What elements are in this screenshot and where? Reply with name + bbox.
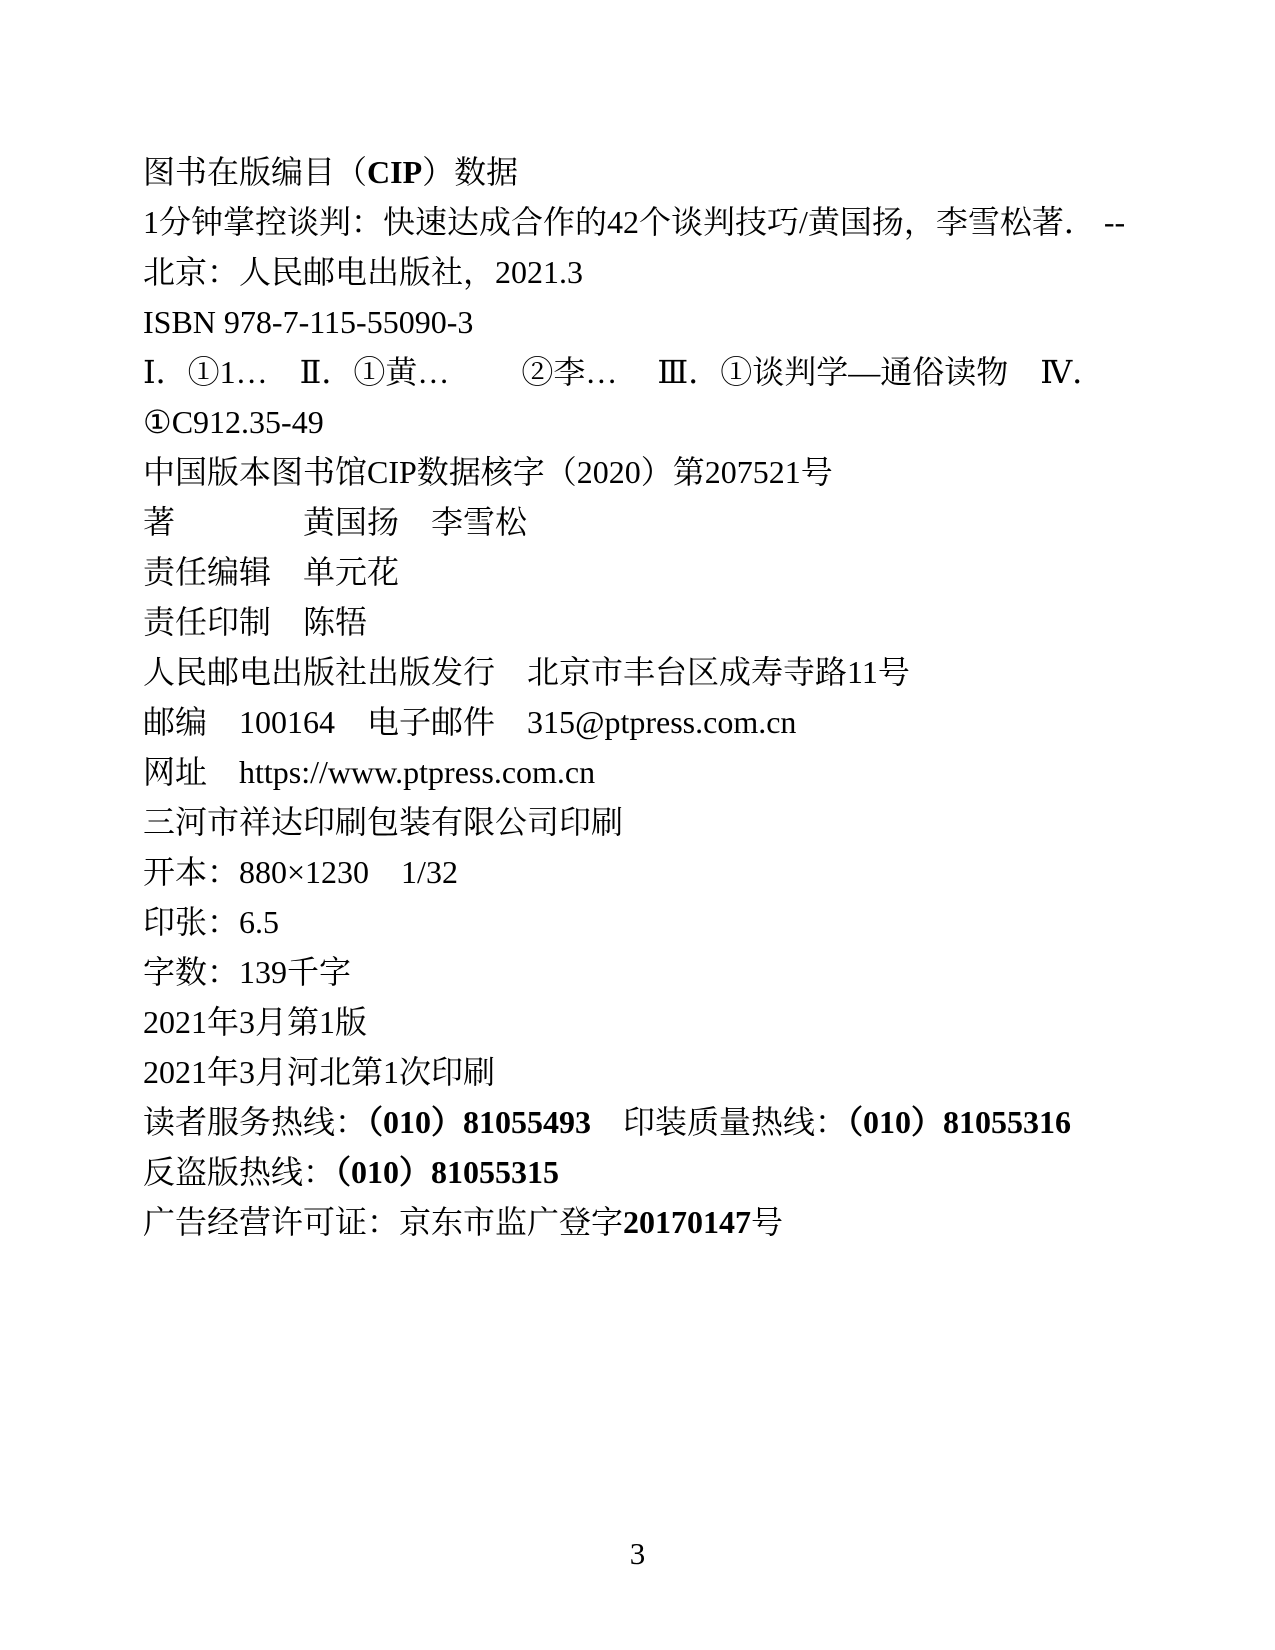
cip-line-20-bold-run: （010）81055493 [367,1104,591,1140]
cip-line-7: 中国版本图书馆CIP数据核字（2020）第207521号 [143,447,1138,497]
cip-line-22-run: 号 [751,1204,783,1240]
cip-line-4-run: ISBN 978-7-115-55090-3 [143,304,473,340]
cip-line-16-run: 印张：6.5 [143,904,279,940]
cip-line-12: 邮编 100164 电子邮件 315@ptpress.com.cn [143,697,1138,747]
cip-line-8-run: 著 黄国扬 李雪松 [143,504,527,540]
cip-line-22: 广告经营许可证：京东市监广登字20170147号 [143,1197,1138,1247]
cip-line-1: 图书在版编目（CIP）数据 [143,147,1138,197]
cip-line-12-run: 邮编 100164 电子邮件 315@ptpress.com.cn [143,704,796,740]
document-page: 图书在版编目（CIP）数据1分钟掌控谈判：快速达成合作的42个谈判技巧/黄国扬，… [0,0,1275,1650]
cip-line-6: ①C912.35-49 [143,397,1138,447]
cip-line-22-run: 广告经营许可证：京东市监广登字 [143,1204,623,1240]
cip-line-17-run: 字数：139千字 [143,954,351,990]
cip-line-1-run: ）数据 [422,154,518,190]
cip-line-19: 2021年3月河北第1次印刷 [143,1047,1138,1097]
cip-line-20-bold-run: （010）81055316 [847,1104,1071,1140]
cip-line-18-run: 2021年3月第1版 [143,1004,367,1040]
cip-line-21-run: 反盗版热线： [143,1154,335,1190]
cip-line-15-run: 开本：880×1230 1/32 [143,854,458,890]
cip-line-22-bold-run: 20170147 [623,1204,751,1240]
cip-line-14-run: 三河市祥达印刷包装有限公司印刷 [143,804,623,840]
cip-line-21-bold-run: （010）81055315 [335,1154,559,1190]
cip-line-18: 2021年3月第1版 [143,997,1138,1047]
cip-line-5-run: Ⅰ．①1… Ⅱ．①黄… ②李… Ⅲ．①谈判学—通俗读物 Ⅳ． [143,354,1104,390]
page-number: 3 [0,1536,1275,1572]
cip-line-6-run: ①C912.35-49 [143,404,324,440]
cip-line-21: 反盗版热线：（010）81055315 [143,1147,1138,1197]
cip-line-16: 印张：6.5 [143,897,1138,947]
cip-line-4: ISBN 978-7-115-55090-3 [143,297,1138,347]
cip-line-9: 责任编辑 单元花 [143,547,1138,597]
cip-line-3-run: 北京：人民邮电出版社，2021.3 [143,254,583,290]
cip-line-9-run: 责任编辑 单元花 [143,554,399,590]
cip-line-20: 读者服务热线：（010）81055493 印装质量热线：（010）8105531… [143,1097,1138,1147]
cip-line-13: 网址 https://www.ptpress.com.cn [143,747,1138,797]
cip-line-1-run: 图书在版编目（ [143,154,367,190]
cip-line-2: 1分钟掌控谈判：快速达成合作的42个谈判技巧/黄国扬，李雪松著． -- [143,197,1138,247]
cip-line-5: Ⅰ．①1… Ⅱ．①黄… ②李… Ⅲ．①谈判学—通俗读物 Ⅳ． [143,347,1138,397]
cip-line-11-run: 人民邮电出版社出版发行 北京市丰台区成寿寺路11号 [143,654,910,690]
cip-line-8: 著 黄国扬 李雪松 [143,497,1138,547]
cip-line-13-run: 网址 https://www.ptpress.com.cn [143,754,595,790]
cip-line-20-run: 印装质量热线： [591,1104,847,1140]
cip-line-20-run: 读者服务热线： [143,1104,367,1140]
cip-line-15: 开本：880×1230 1/32 [143,847,1138,897]
cip-line-11: 人民邮电出版社出版发行 北京市丰台区成寿寺路11号 [143,647,1138,697]
cip-line-10-run: 责任印制 陈牾 [143,604,367,640]
cip-line-10: 责任印制 陈牾 [143,597,1138,647]
cip-text-block: 图书在版编目（CIP）数据1分钟掌控谈判：快速达成合作的42个谈判技巧/黄国扬，… [143,147,1138,1247]
cip-line-7-run: 中国版本图书馆CIP数据核字（2020）第207521号 [143,454,833,490]
cip-line-14: 三河市祥达印刷包装有限公司印刷 [143,797,1138,847]
cip-line-19-run: 2021年3月河北第1次印刷 [143,1054,495,1090]
cip-line-3: 北京：人民邮电出版社，2021.3 [143,247,1138,297]
cip-line-2-run: 1分钟掌控谈判：快速达成合作的42个谈判技巧/黄国扬，李雪松著． -- [143,204,1125,240]
cip-line-17: 字数：139千字 [143,947,1138,997]
cip-line-1-bold-run: CIP [367,154,422,190]
